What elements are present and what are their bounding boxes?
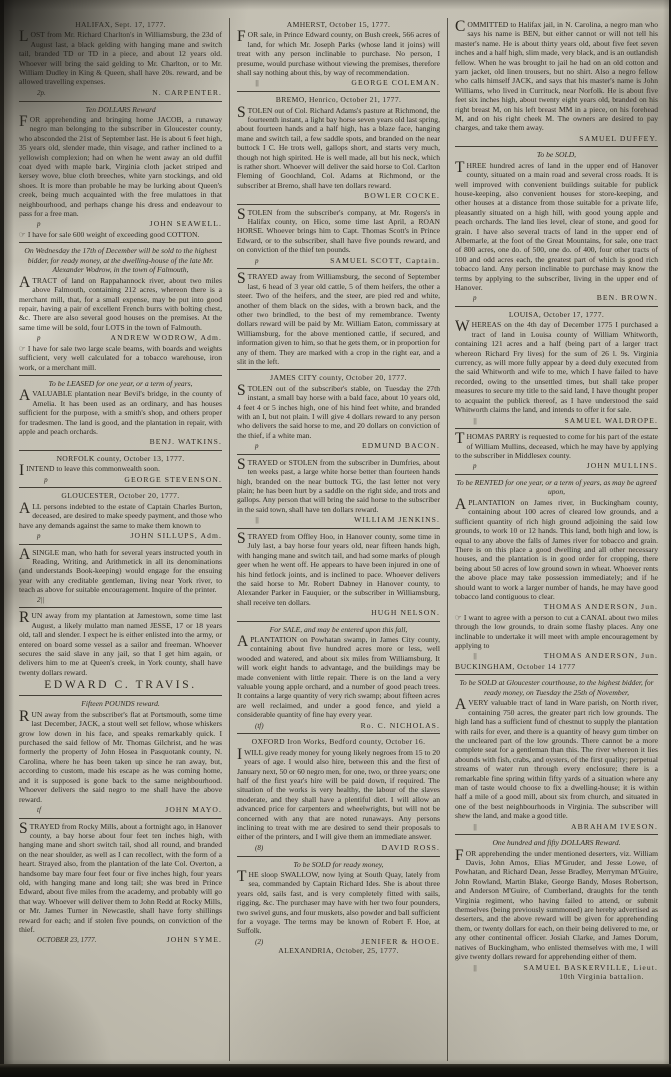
signature-row: ||SAMUEL WALDROPE. bbox=[455, 416, 658, 426]
newspaper-column: COMMITTED to Halifax jail, in N. Carolin… bbox=[447, 18, 665, 1061]
advertisement: LOUISA, October 17, 1777.WHEREAS on the … bbox=[455, 306, 658, 425]
manicule-icon: ☞ bbox=[19, 230, 28, 239]
advertisement: Ten DOLLARS RewardFOR apprehending and b… bbox=[19, 101, 222, 240]
signature-name: SAMUEL SCOTT, Captain. bbox=[330, 256, 440, 265]
ad-dateline: NORFOLK county, October 13, 1777. bbox=[19, 454, 222, 463]
signature-row: 2p.N. CARPENTER. bbox=[19, 88, 222, 98]
ad-postscript: ☞I have for sale two large scale beams, … bbox=[19, 344, 222, 372]
columns-container: HALIFAX, Sept. 17, 1777.LOST from Mr. Ri… bbox=[12, 18, 665, 1061]
drop-cap: S bbox=[237, 532, 248, 545]
signature-mark: (8) bbox=[255, 844, 263, 853]
signature-mark: p bbox=[255, 442, 259, 451]
signature-mark: p bbox=[473, 294, 477, 303]
signature-name: JOHN MAYO. bbox=[165, 805, 222, 814]
signature-row: pJOHN MULLINS. bbox=[455, 461, 658, 471]
ad-body: A PLANTATION on Powhatan swamp, in James… bbox=[237, 635, 440, 720]
ad-body: FOR apprehending and bringing home JACOB… bbox=[19, 115, 222, 218]
ad-heading: To be SOLD at Gloucester courthouse, to … bbox=[455, 678, 658, 697]
advertisement: BREMO, Henrico, October 21, 1777.STOLEN … bbox=[237, 91, 440, 200]
ad-body: STRAYED away from Williamsburg, the seco… bbox=[237, 272, 440, 366]
signature-mark: p bbox=[37, 532, 41, 541]
ad-body: STRAYED from Rocky Mills, about a fortni… bbox=[19, 822, 222, 935]
signature-mark: (tf) bbox=[255, 722, 264, 731]
advertisement: STRAYED from Offley Hoo, in Hanover coun… bbox=[237, 528, 440, 618]
signature-row: HUGH NELSON. bbox=[237, 608, 440, 617]
signature-mark: || bbox=[473, 823, 477, 832]
ad-postscript-text: I want to agree with a person to cut a C… bbox=[455, 613, 658, 650]
drop-cap: I bbox=[19, 464, 26, 477]
drop-cap: A bbox=[237, 635, 250, 648]
ad-body: STOLEN out of the subscriber's stable, o… bbox=[237, 384, 440, 440]
signature-row: (8)DAVID ROSS. bbox=[237, 843, 440, 853]
advertisement: AMHERST, October 15, 1777.FOR sale, in P… bbox=[237, 20, 440, 88]
drop-cap: W bbox=[455, 320, 472, 333]
signature-row: ||SAMUEL BASKERVILLE, Lieut. bbox=[455, 963, 658, 973]
signature-mark: p bbox=[37, 220, 41, 229]
advertisement: NORFOLK county, October 13, 1777.I INTEN… bbox=[19, 450, 222, 484]
signature-row: pBEN. BROWN. bbox=[455, 293, 658, 303]
signature-row: pJOHN SILLUPS, Adm. bbox=[19, 531, 222, 541]
signature-row: (2)JENIFER & HOOE. bbox=[237, 937, 440, 947]
advertisement: One hundred and fifty DOLLARS Reward.FOR… bbox=[455, 834, 658, 981]
ad-body: COMMITTED to Halifax jail, in N. Carolin… bbox=[455, 20, 658, 133]
ad-dateline: BREMO, Henrico, October 21, 1777. bbox=[237, 95, 440, 104]
ad-heading: On Wednesday the 17th of December will b… bbox=[19, 246, 222, 274]
ad-dateline: ALEXANDRIA, October, 25, 1777. bbox=[237, 946, 440, 955]
signature-name: JOHN SEAWELL. bbox=[150, 219, 222, 228]
ad-body: A TRACT of land on Rappahannock river, a… bbox=[19, 276, 222, 332]
signature-mark: || bbox=[473, 964, 477, 973]
newspaper-page: HALIFAX, Sept. 17, 1777.LOST from Mr. Ri… bbox=[0, 0, 671, 1077]
advertisement: STRAYED or STOLEN from the subscriber in… bbox=[237, 454, 440, 525]
ad-body: STRAYED or STOLEN from the subscriber in… bbox=[237, 458, 440, 514]
advertisement: Fifteen POUNDS reward.RUN away from the … bbox=[19, 695, 222, 814]
signature-row: tfJOHN MAYO. bbox=[19, 805, 222, 815]
signature-row: BOWLER COCKE. bbox=[237, 191, 440, 200]
advertisement: To be LEASED for one year, or a term of … bbox=[19, 375, 222, 447]
signature-name: DAVID ROSS. bbox=[382, 843, 440, 852]
ad-body: A SINGLE man, who hath for several years… bbox=[19, 548, 222, 595]
signature-row: pANDREW WODROW, Adm. bbox=[19, 333, 222, 343]
drop-cap: A bbox=[19, 389, 32, 402]
ad-body: LOST from Mr. Richard Charlton's in Will… bbox=[19, 30, 222, 86]
signature-name: GEORGE COLEMAN. bbox=[351, 78, 440, 87]
signature-subline: 10th Virginia battalion. bbox=[455, 972, 658, 981]
drop-cap: S bbox=[19, 822, 30, 835]
drop-cap: A bbox=[19, 502, 32, 515]
advertisement: OXFORD Iron Works, Bedford county, Octob… bbox=[237, 733, 440, 852]
ad-body: FOR sale, in Prince Edward county, on Bu… bbox=[237, 30, 440, 77]
ad-heading: Ten DOLLARS Reward bbox=[19, 105, 222, 114]
drop-cap: T bbox=[455, 161, 466, 174]
drop-cap: S bbox=[237, 384, 248, 397]
advertisement: A SINGLE man, who hath for several years… bbox=[19, 544, 222, 605]
signature-name: WILLIAM JENKINS. bbox=[354, 515, 440, 524]
ad-body: I WILL give ready money for young likely… bbox=[237, 748, 440, 842]
signature-name: BEN. BROWN. bbox=[597, 293, 658, 302]
ad-heading: One hundred and fifty DOLLARS Reward. bbox=[455, 838, 658, 847]
signature-row: ||ABRAHAM IVESON. bbox=[455, 822, 658, 832]
ad-body: RUN away from the subscriber's flat at P… bbox=[19, 710, 222, 804]
signature-row: SAMUEL DUFFEY. bbox=[455, 134, 658, 143]
advertisement: COMMITTED to Halifax jail, in N. Carolin… bbox=[455, 20, 658, 143]
ad-body: A VERY valuable tract of land in Ware pa… bbox=[455, 698, 658, 820]
signature-name: ABRAHAM IVESON. bbox=[571, 822, 658, 831]
ad-body: RUN away from my plantation at Jamestown… bbox=[19, 611, 222, 677]
ad-body: THREE hundred acres of land in the upper… bbox=[455, 161, 658, 293]
ad-body: A VALUABLE plantation near Bevil's bridg… bbox=[19, 389, 222, 436]
signature-name: GEORGE STEVENSON. bbox=[124, 475, 222, 484]
signature-row: BENJ. WATKINS. bbox=[19, 437, 222, 446]
signature-row: ||WILLIAM JENKINS. bbox=[237, 515, 440, 525]
signature-mark: p bbox=[255, 257, 259, 266]
ad-postscript-text: I have for sale 600 weight of exceeding … bbox=[28, 230, 200, 239]
advertisement: STOLEN from the subscriber's company, at… bbox=[237, 204, 440, 266]
drop-cap: A bbox=[455, 498, 468, 511]
signature-name: BOWLER COCKE. bbox=[364, 191, 440, 200]
signature-name: THOMAS ANDERSON, Jun. bbox=[544, 651, 658, 660]
signature-mark: OCTOBER 23, 1777. bbox=[37, 936, 96, 945]
ad-body: ALL persons indebted to the estate of Ca… bbox=[19, 502, 222, 530]
ad-body: STOLEN from the subscriber's company, at… bbox=[237, 208, 440, 255]
signature-mark: 2|| bbox=[37, 596, 44, 605]
newspaper-column: AMHERST, October 15, 1777.FOR sale, in P… bbox=[229, 18, 447, 1061]
signature-row: ||THOMAS ANDERSON, Jun. bbox=[455, 651, 658, 661]
ad-body: THE sloop SWALLOW, now lying at South Qu… bbox=[237, 870, 440, 936]
signature-name: THOMAS ANDERSON, Jun. bbox=[544, 602, 658, 611]
drop-cap: R bbox=[19, 710, 31, 723]
advertisement: On Wednesday the 17th of December will b… bbox=[19, 242, 222, 372]
drop-cap: T bbox=[237, 870, 248, 883]
ad-body: A PLANTATION on James river, in Buckingh… bbox=[455, 498, 658, 601]
signature-row: pJOHN SEAWELL. bbox=[19, 219, 222, 229]
drop-cap: F bbox=[19, 115, 30, 128]
drop-cap: S bbox=[237, 458, 248, 471]
signature-name: EDMUND BACON. bbox=[362, 441, 440, 450]
signature-name: ANDREW WODROW, Adm. bbox=[111, 333, 222, 342]
signature-name: SAMUEL DUFFEY. bbox=[579, 134, 658, 143]
newspaper-column: HALIFAX, Sept. 17, 1777.LOST from Mr. Ri… bbox=[12, 18, 229, 1061]
advertisement: HALIFAX, Sept. 17, 1777.LOST from Mr. Ri… bbox=[19, 20, 222, 98]
ad-dateline: OXFORD Iron Works, Bedford county, Octob… bbox=[237, 737, 440, 746]
signature-mark: || bbox=[255, 79, 259, 88]
signature-mark: p bbox=[44, 476, 48, 485]
drop-cap: F bbox=[455, 849, 466, 862]
signature-name: JOHN SYME. bbox=[167, 935, 222, 944]
drop-cap: L bbox=[19, 30, 30, 43]
signature-mark: tf bbox=[37, 806, 41, 815]
manicule-icon: ☞ bbox=[455, 613, 464, 622]
signature-name: EDWARD C. TRAVIS. bbox=[44, 678, 196, 692]
advertisement: For SALE, and may be entered upon this f… bbox=[237, 621, 440, 731]
advertisement: STRAYED away from Williamsburg, the seco… bbox=[237, 268, 440, 366]
ad-postscript: ☞I want to agree with a person to cut a … bbox=[455, 613, 658, 651]
ad-dateline: AMHERST, October 15, 1777. bbox=[237, 20, 440, 29]
signature-name: JOHN SILLUPS, Adm. bbox=[130, 531, 222, 540]
signature-name: SAMUEL BASKERVILLE, Lieut. bbox=[524, 963, 658, 972]
signature-name: N. CARPENTER. bbox=[152, 88, 222, 97]
ad-dateline: LOUISA, October 17, 1777. bbox=[455, 310, 658, 319]
signature-name: HUGH NELSON. bbox=[371, 608, 440, 617]
signature-mark: || bbox=[255, 516, 259, 525]
ad-postscript: ☞I have for sale 600 weight of exceeding… bbox=[19, 230, 222, 239]
drop-cap: A bbox=[19, 276, 32, 289]
ad-dateline: JAMES CITY county, October 20, 1777. bbox=[237, 373, 440, 382]
drop-cap: S bbox=[237, 106, 248, 119]
ad-body: STOLEN out of Col. Richard Adams's pastu… bbox=[237, 106, 440, 191]
signature-name: BENJ. WATKINS. bbox=[150, 437, 222, 446]
signature-mark: p bbox=[473, 462, 477, 471]
drop-cap: S bbox=[237, 208, 248, 221]
signature-row: OCTOBER 23, 1777.JOHN SYME. bbox=[19, 935, 222, 945]
ad-body: I INTEND to leave this commonwealth soon… bbox=[19, 464, 222, 473]
advertisement: To be SOLD for ready money,THE sloop SWA… bbox=[237, 856, 440, 956]
signature-row: ||GEORGE COLEMAN. bbox=[237, 78, 440, 88]
ad-body: THOMAS PARRY is requested to come for hi… bbox=[455, 432, 658, 460]
drop-cap: I bbox=[237, 748, 244, 761]
signature-name: Ro. C. NICHOLAS. bbox=[361, 721, 440, 730]
ad-heading: To be SOLD for ready money, bbox=[237, 860, 440, 869]
signature-mark: || bbox=[473, 652, 477, 661]
drop-cap: F bbox=[237, 30, 248, 43]
advertisement: To be SOLD,THREE hundred acres of land i… bbox=[455, 146, 658, 303]
ad-heading: To be LEASED for one year, or a term of … bbox=[19, 379, 222, 388]
ad-heading: For SALE, and may be entered upon this f… bbox=[237, 625, 440, 634]
ad-body: WHEREAS on the 4th day of December 1775 … bbox=[455, 320, 658, 414]
signature-row: 2|| bbox=[19, 596, 222, 605]
signature-row: EDWARD C. TRAVIS. bbox=[19, 678, 222, 692]
closing-dateline: BUCKINGHAM, October 14 1777 bbox=[455, 662, 658, 671]
manicule-icon: ☞ bbox=[19, 344, 28, 353]
advertisement: THOMAS PARRY is requested to come for hi… bbox=[455, 428, 658, 471]
signature-mark: p bbox=[37, 334, 41, 343]
signature-mark: (2) bbox=[255, 938, 263, 947]
signature-name: SAMUEL WALDROPE. bbox=[564, 416, 658, 425]
signature-row: THOMAS ANDERSON, Jun. bbox=[455, 602, 658, 611]
ad-postscript-text: I have for sale two large scale beams, w… bbox=[19, 344, 222, 372]
signature-row: pEDMUND BACON. bbox=[237, 441, 440, 451]
advertisement: To be RENTED for one year, or a term of … bbox=[455, 474, 658, 671]
advertisement: To be SOLD at Gloucester courthouse, to … bbox=[455, 674, 658, 831]
signature-row: pGEORGE STEVENSON. bbox=[26, 475, 222, 485]
ad-body: FOR apprehending the under mentioned des… bbox=[455, 849, 658, 962]
ad-heading: Fifteen POUNDS reward. bbox=[19, 699, 222, 708]
signature-name: JENIFER & HOOE. bbox=[361, 937, 440, 946]
ad-body: STRAYED from Offley Hoo, in Hanover coun… bbox=[237, 532, 440, 607]
drop-cap: A bbox=[19, 548, 32, 561]
ad-heading: To be RENTED for one year, or a term of … bbox=[455, 478, 658, 497]
advertisement: JAMES CITY county, October 20, 1777.STOL… bbox=[237, 369, 440, 451]
drop-cap: C bbox=[455, 20, 467, 33]
signature-mark: || bbox=[473, 417, 477, 426]
drop-cap: T bbox=[455, 432, 466, 445]
signature-mark: 2p. bbox=[37, 89, 46, 98]
ad-heading: To be SOLD, bbox=[455, 150, 658, 159]
drop-cap: S bbox=[237, 272, 248, 285]
advertisement: RUN away from my plantation at Jamestown… bbox=[19, 607, 222, 692]
signature-name: JOHN MULLINS. bbox=[587, 461, 658, 470]
signature-row: pSAMUEL SCOTT, Captain. bbox=[237, 256, 440, 266]
advertisement: STRAYED from Rocky Mills, about a fortni… bbox=[19, 818, 222, 946]
drop-cap: A bbox=[455, 698, 468, 711]
ad-dateline: GLOUCESTER, October 20, 1777. bbox=[19, 491, 222, 500]
advertisement: GLOUCESTER, October 20, 1777.ALL persons… bbox=[19, 487, 222, 540]
signature-row: (tf)Ro. C. NICHOLAS. bbox=[237, 721, 440, 731]
scan-edge-bottom bbox=[0, 1064, 671, 1077]
ad-dateline: HALIFAX, Sept. 17, 1777. bbox=[19, 20, 222, 29]
drop-cap: R bbox=[19, 611, 31, 624]
